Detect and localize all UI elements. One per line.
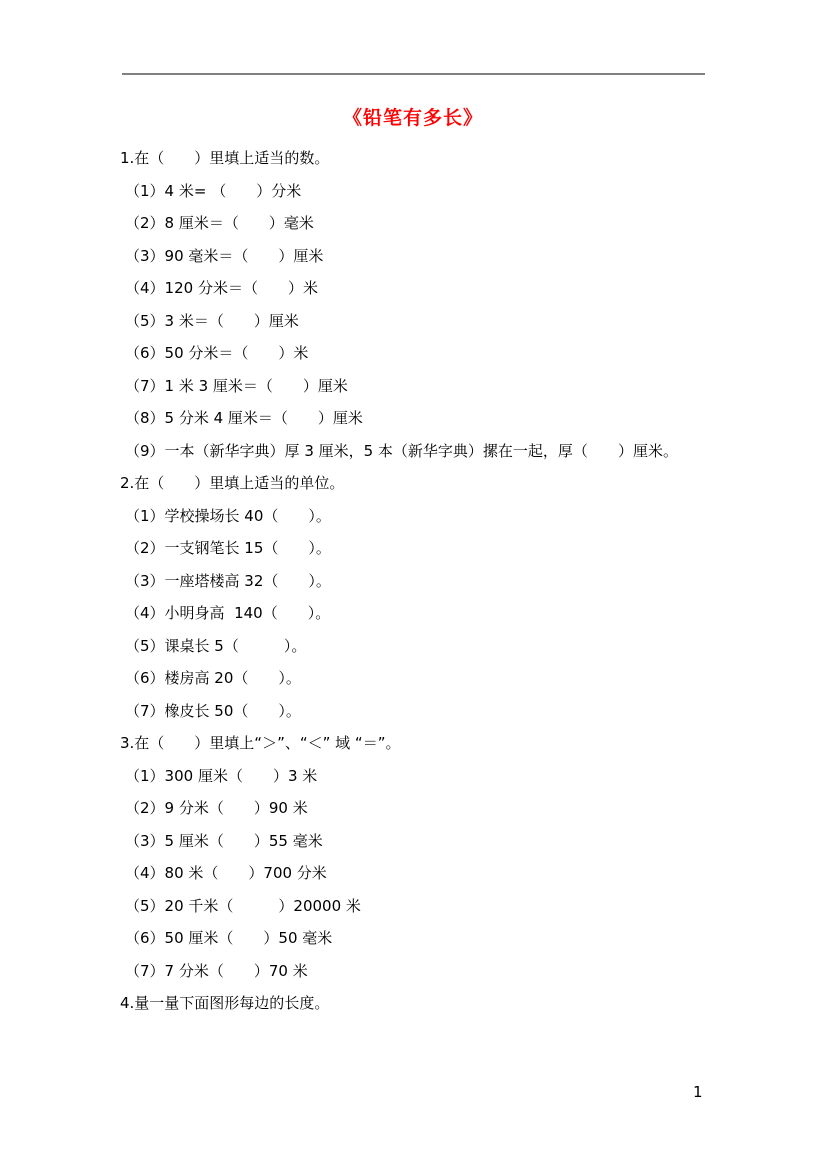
question-2-item-3: （3）一座塔楼高 32（ ）。 — [120, 565, 780, 598]
question-1-item-7: （7）1 米 3 厘米＝（ ）厘米 — [120, 370, 780, 403]
question-2-item-1: （1）学校操场长 40（ ）。 — [120, 500, 780, 533]
question-4-heading: 4.量一量下面图形每边的长度。 — [120, 987, 780, 1020]
question-1-item-6: （6）50 分米＝（ ）米 — [120, 337, 780, 370]
question-2-item-6: （6）楼房高 20（ ）。 — [120, 662, 780, 695]
question-1-item-2: （2）8 厘米＝（ ）毫米 — [120, 207, 780, 240]
question-3-item-5: （5）20 千米（ ）20000 米 — [120, 890, 780, 923]
question-3-item-2: （2）9 分米（ ）90 米 — [120, 792, 780, 825]
question-1-item-9: （9）一本（新华字典）厚 3 厘米，5 本（新华字典）摞在一起，厚（ ）厘米。 — [120, 435, 780, 468]
question-3-heading: 3.在（ ）里填上“＞”、“＜” 域 “＝”。 — [120, 727, 780, 760]
question-3-item-3: （3）5 厘米（ ）55 毫米 — [120, 825, 780, 858]
question-3-item-6: （6）50 厘米（ ）50 毫米 — [120, 922, 780, 955]
question-3-item-7: （7）7 分米（ ）70 米 — [120, 955, 780, 988]
question-3-item-4: （4）80 米（ ）700 分米 — [120, 857, 780, 890]
question-1-item-4: （4）120 分米＝（ ）米 — [120, 272, 780, 305]
question-1-heading: 1.在（ ）里填上适当的数。 — [120, 142, 780, 175]
worksheet-body: 1.在（ ）里填上适当的数。 （1）4 米= （ ）分米 （2）8 厘米＝（ ）… — [120, 142, 780, 1020]
page-number: 1 — [693, 1083, 703, 1101]
question-3-item-1: （1）300 厘米（ ）3 米 — [120, 760, 780, 793]
question-2-item-5: （5）课桌长 5（ ）。 — [120, 630, 780, 663]
question-2-item-4: （4）小明身高 140（ ）。 — [120, 597, 780, 630]
question-2-item-7: （7）橡皮长 50（ ）。 — [120, 695, 780, 728]
page-title: 《铅笔有多长》 — [121, 103, 705, 130]
question-1-item-3: （3）90 毫米＝（ ）厘米 — [120, 240, 780, 273]
question-1-item-1: （1）4 米= （ ）分米 — [120, 175, 780, 208]
worksheet-page: 《铅笔有多长》 1.在（ ）里填上适当的数。 （1）4 米= （ ）分米 （2）… — [0, 0, 827, 1170]
header-divider-line — [122, 73, 705, 75]
question-2-item-2: （2）一支钢笔长 15（ ）。 — [120, 532, 780, 565]
question-2-heading: 2.在（ ）里填上适当的单位。 — [120, 467, 780, 500]
question-1-item-8: （8）5 分米 4 厘米＝（ ）厘米 — [120, 402, 780, 435]
question-1-item-5: （5）3 米＝（ ）厘米 — [120, 305, 780, 338]
